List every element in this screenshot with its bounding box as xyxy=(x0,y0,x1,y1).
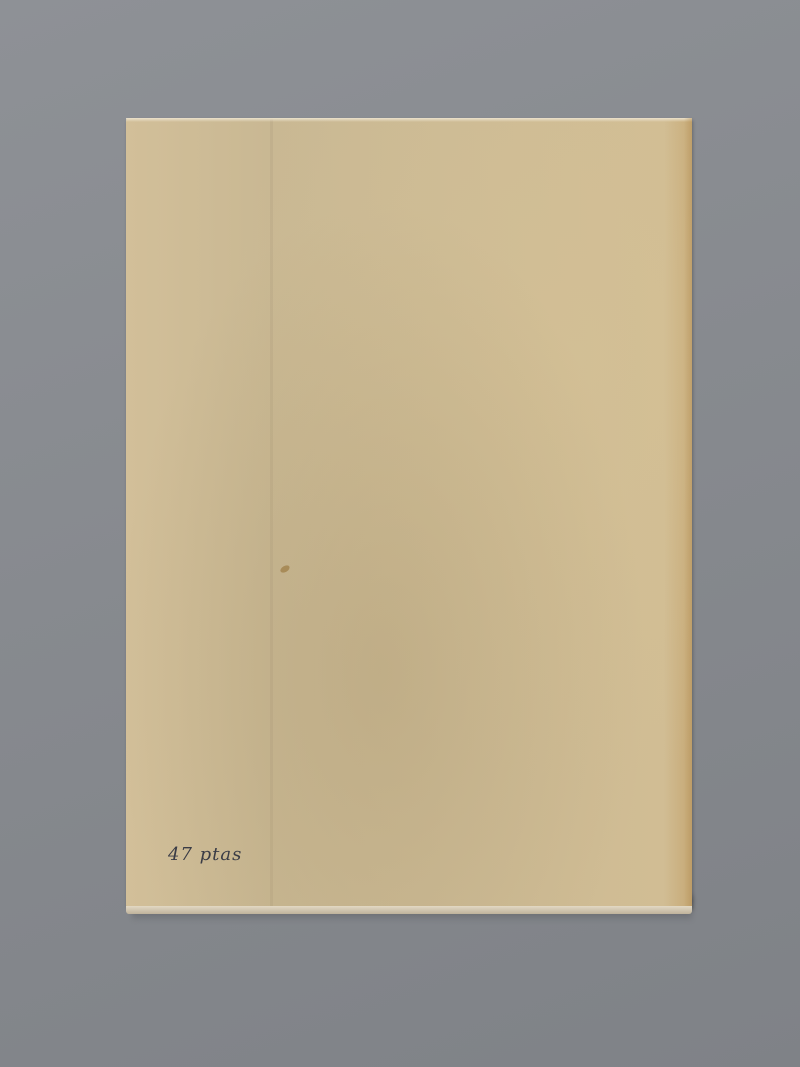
cover-top-edge xyxy=(126,118,692,122)
cover-right-edge xyxy=(684,118,692,908)
book-back-cover: 47 ptas xyxy=(126,118,692,908)
handwritten-price-note: 47 ptas xyxy=(168,844,242,865)
foxing-stain xyxy=(279,564,291,574)
